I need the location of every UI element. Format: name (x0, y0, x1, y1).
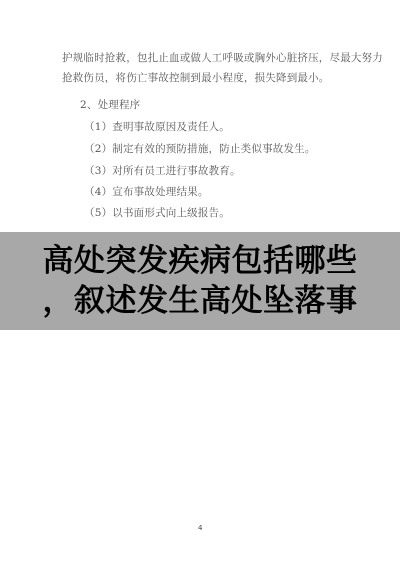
page-number: 4 (198, 524, 202, 532)
step-item: （2）制定有效的预防措施，防止类似事故发生。 (84, 141, 316, 156)
section-heading: 2、处理程序 (80, 97, 140, 112)
step-item: （5）以书面形式向上级报告。 (84, 205, 230, 220)
title-banner: 高处突发疾病包括哪些 ，叙述发生高处坠落事 (0, 232, 400, 330)
paragraph-line: 抢救伤员，将伤亡事故控制到最小程度，损失降到最小。 (62, 70, 330, 85)
banner-title-line-1: 高处突发疾病包括哪些 (43, 241, 358, 281)
paragraph-line: 护规临时抢救，包扎止血或做人工呼吸或胸外心脏挤压，尽最大努力 (62, 50, 383, 65)
banner-title-line-2: ，叙述发生高处坠落事 (43, 281, 358, 321)
step-item: （1）查明事故原因及责任人。 (84, 119, 230, 134)
step-item: （4）宣布事故处理结果。 (84, 184, 209, 199)
step-item: （3）对所有员工进行事故教育。 (84, 163, 241, 178)
